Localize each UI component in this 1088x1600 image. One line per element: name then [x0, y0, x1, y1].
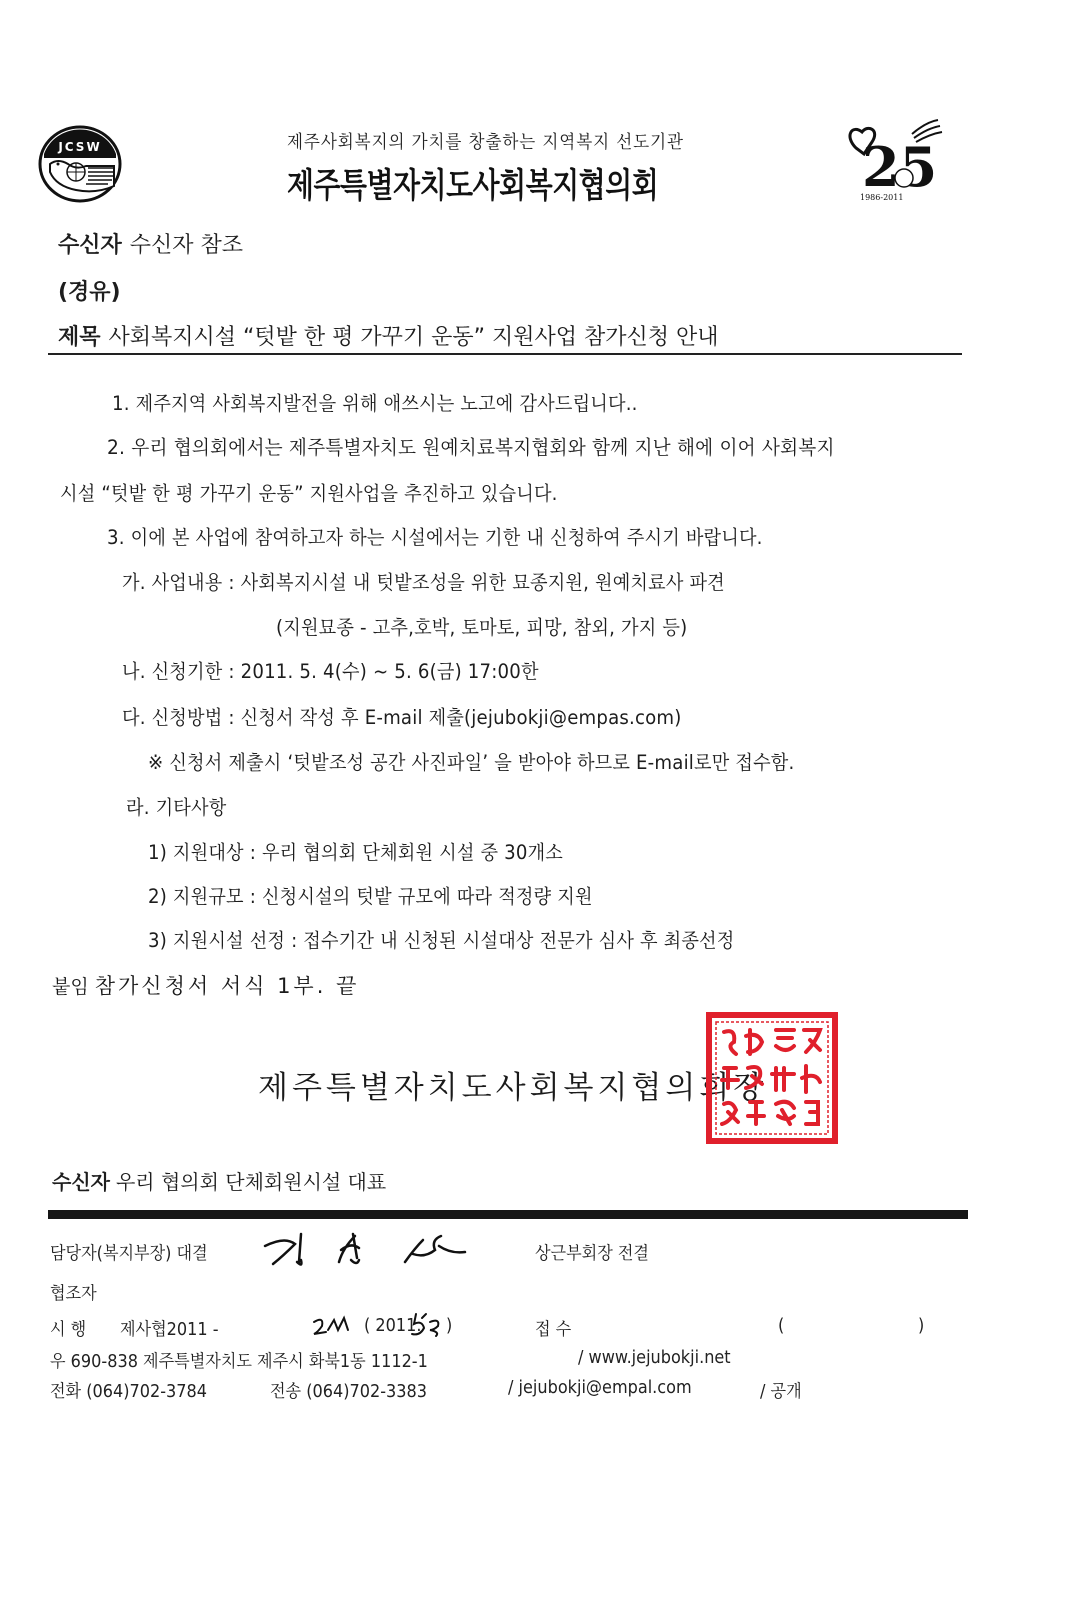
jcsw-logo: JCSW [36, 124, 128, 204]
item-da: 다. 신청방법 : 신청서 작성 후 E-mail 제출(jejubokji@e… [122, 702, 682, 730]
header-divider [48, 353, 962, 355]
attachment-label: 붙임 [52, 976, 89, 998]
item-ra: 라. 기타사항 [126, 792, 226, 820]
address: 우 690-838 제주특별자치도 제주시 화북1동 1112-1 [50, 1348, 428, 1373]
item-ga-sub: (지원묘종 - 고추,호박, 토마토, 피망, 참외, 가지 등) [276, 612, 687, 640]
handwritten-date [410, 1310, 446, 1338]
25th-anniversary-logo: 25 1986-2011 [838, 114, 946, 204]
approver-label: 상근부회장 전결 [535, 1240, 649, 1265]
official-seal-stamp [706, 1012, 838, 1144]
recipient-label: 수신자 [58, 233, 122, 258]
item-note: ※ 신청서 제출시 ‘텃밭조성 공간 사진파일’ 을 받아야 하므로 E-mai… [148, 747, 794, 775]
paragraph-1: 1. 제주지역 사회복지발전을 위해 애쓰시는 노고에 감사드립니다.. [112, 388, 638, 416]
fax-number: 전송 (064)702-3383 [270, 1378, 427, 1403]
recipient-value: 수신자 참조 [130, 233, 243, 258]
receipt-paren-open: ( [778, 1316, 784, 1336]
paragraph-2-line-1: 2. 우리 협의회에서는 제주특별자치도 원예치료복지협회와 함께 지난 해에 … [107, 432, 835, 460]
phone-number: 전화 (064)702-3784 [50, 1378, 207, 1403]
item-ga: 가. 사업내용 : 사회복지시설 내 텃밭조성을 위한 묘종지원, 원예치료사 … [122, 567, 725, 595]
receipt-label: 접 수 [535, 1316, 571, 1341]
handwritten-doc-number [312, 1312, 362, 1338]
disclosure-status: / 공개 [760, 1378, 802, 1403]
svg-text:JCSW: JCSW [57, 140, 101, 154]
subject-label: 제목 [58, 325, 101, 350]
org-title: 제주특별자치도사회복지협의회 [287, 158, 658, 207]
footer-divider [48, 1210, 968, 1219]
recipient-members-line: 수신자우리 협의회 단체회원시설 대표 [52, 1166, 386, 1195]
item-ra-3: 3) 지원시설 선정 : 접수기간 내 신청된 시설대상 전문가 심사 후 최종… [148, 925, 734, 953]
cooperator-label: 협조자 [50, 1280, 97, 1305]
enforce-date-suffix: ) [446, 1316, 452, 1336]
paragraph-2-line-2: 시설 “텃밭 한 평 가꾸기 운동” 지원사업을 추진하고 있습니다. [60, 478, 558, 506]
svg-text:1986-2011: 1986-2011 [860, 193, 903, 202]
item-na: 나. 신청기한 : 2011. 5. 4(수) ~ 5. 6(금) 17:00한 [122, 656, 539, 684]
recipient-line: 수신자수신자 참조 [58, 228, 243, 259]
email-link[interactable]: / jejubokji@empal.com [508, 1378, 692, 1398]
via-line: (경유) [58, 275, 129, 306]
via-label: (경유) [58, 280, 121, 305]
attachment-line: 붙임참가신청서 서식 1부. 끝 [52, 970, 359, 1000]
org-tagline: 제주사회복지의 가치를 창출하는 지역복지 선도기관 [287, 128, 684, 154]
enforce-label: 시 행 [50, 1316, 86, 1341]
subject-value: 사회복지시설 “텃밭 한 평 가꾸기 운동” 지원사업 참가신청 안내 [109, 325, 719, 350]
enforce-number-prefix: 제사협2011 - [120, 1316, 219, 1341]
handwritten-signature [255, 1228, 495, 1273]
svg-text:25: 25 [862, 135, 937, 199]
signer-title: 제주특별자치도사회복지협의회장 [258, 1062, 767, 1107]
receipt-paren-close: ) [918, 1316, 924, 1336]
item-ra-1: 1) 지원대상 : 우리 협의회 단체회원 시설 중 30개소 [148, 837, 563, 865]
subject-line: 제목사회복지시설 “텃밭 한 평 가꾸기 운동” 지원사업 참가신청 안내 [58, 320, 719, 351]
item-ra-2: 2) 지원규모 : 신청시설의 텃밭 규모에 따라 적정량 지원 [148, 881, 593, 909]
attachment-value: 참가신청서 서식 1부. 끝 [95, 974, 360, 998]
paragraph-3: 3. 이에 본 사업에 참여하고자 하는 시설에서는 기한 내 신청하여 주시기… [107, 522, 763, 550]
recipient-members-label: 수신자 [52, 1170, 110, 1194]
recipient-members-value: 우리 협의회 단체회원시설 대표 [116, 1170, 386, 1194]
website-link[interactable]: / www.jejubokji.net [578, 1348, 731, 1368]
staff-approval: 담당자(복지부장) 대결 [50, 1240, 208, 1265]
